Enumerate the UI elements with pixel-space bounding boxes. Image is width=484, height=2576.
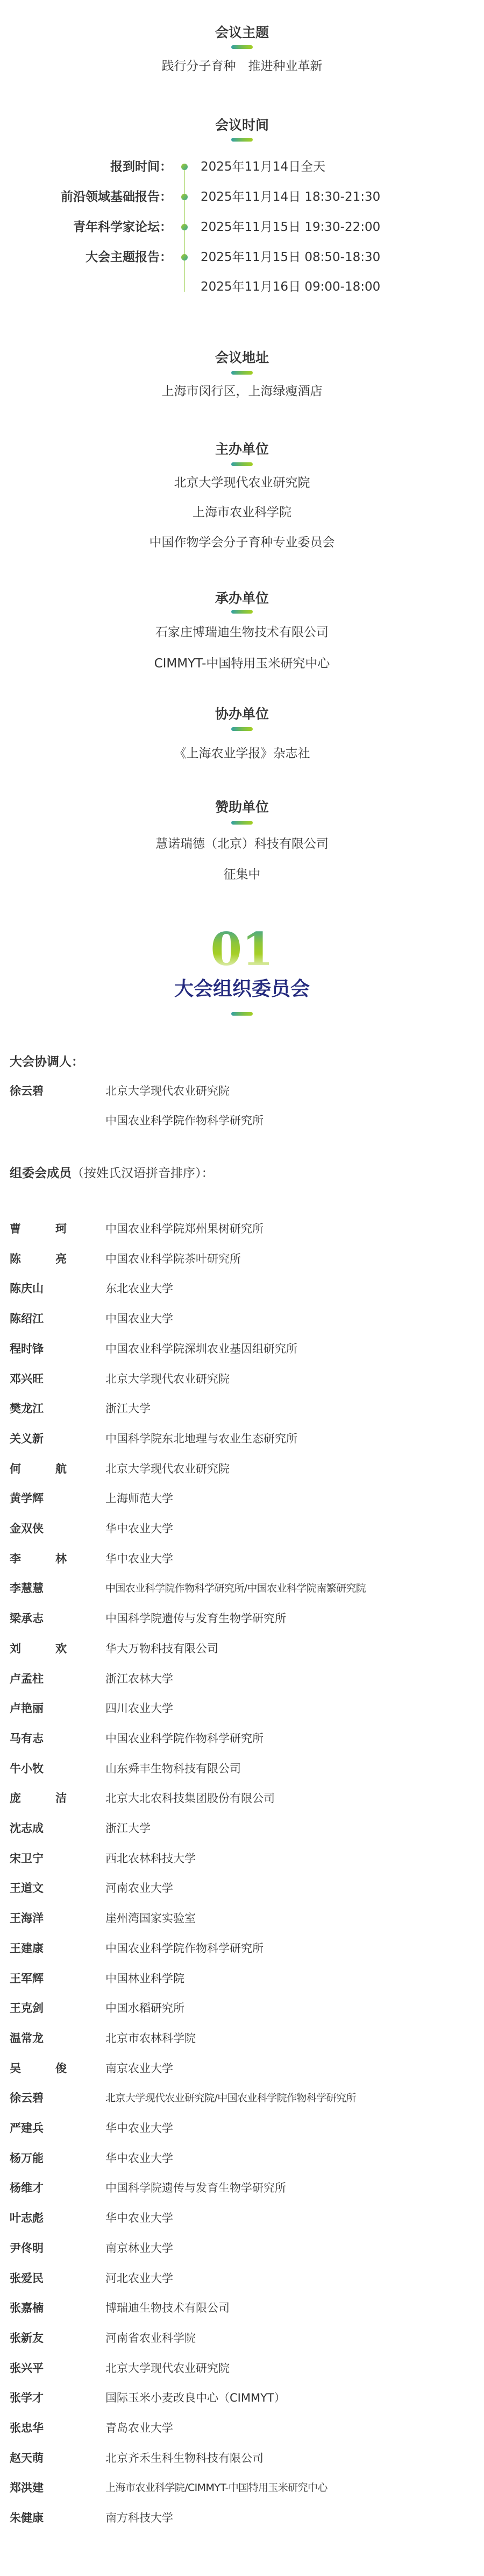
member-row: 刘欢华大万物科技有限公司 — [0, 1641, 484, 1671]
member-org: 北京大学现代农业研究院 — [105, 2360, 230, 2376]
time-label-frontier-report: 前沿领域基础报告： — [61, 189, 172, 205]
section-title-hosts: 主办单位 — [0, 441, 484, 458]
section-title-co-organizers: 协办单位 — [0, 706, 484, 722]
member-row: 张忠华青岛农业大学 — [0, 2420, 484, 2450]
title-underline-bar — [231, 1012, 253, 1016]
member-row: 沈志成浙江大学 — [0, 1820, 484, 1850]
member-row: 王道文河南农业大学 — [0, 1880, 484, 1910]
member-row: 杨万能华中农业大学 — [0, 2150, 484, 2180]
title-underline-bar — [231, 462, 253, 466]
member-name: 庞洁 — [10, 1790, 67, 1806]
coordinator-name: 徐云碧 — [10, 1083, 67, 1099]
member-row: 牛小牧山东舜丰生物科技有限公司 — [0, 1761, 484, 1791]
member-name: 吴俊 — [10, 2060, 67, 2077]
member-name: 李慧慧 — [10, 1580, 67, 1596]
sponsor-status: 征集中 — [0, 867, 484, 883]
member-org: 西北农林科技大学 — [105, 1850, 196, 1867]
member-name: 邓兴旺 — [10, 1371, 67, 1387]
member-name: 张爱民 — [10, 2270, 67, 2286]
timeline-dot-icon — [181, 224, 188, 230]
member-org: 河南农业大学 — [105, 1880, 173, 1896]
member-row: 卢艳丽四川农业大学 — [0, 1700, 484, 1730]
member-row: 樊龙江浙江大学 — [0, 1400, 484, 1431]
section-title-organizers: 承办单位 — [0, 590, 484, 607]
member-name: 卢艳丽 — [10, 1700, 67, 1716]
member-org: 南方科技大学 — [105, 2510, 173, 2526]
members-heading: 组委会成员（按姓氏汉语拼音排序）： — [10, 1165, 214, 1181]
member-org: 青岛农业大学 — [105, 2420, 173, 2436]
organizer-item: 石家庄博瑞迪生物技术有限公司 — [0, 624, 484, 641]
member-org: 华中农业大学 — [105, 1551, 173, 1567]
member-row: 马有志中国农业科学院作物科学研究所 — [0, 1730, 484, 1761]
host-item: 北京大学现代农业研究院 — [0, 475, 484, 491]
coordinator-org: 北京大学现代农业研究院 — [105, 1083, 230, 1099]
member-org: 中国农业科学院作物科学研究所/中国农业科学院南繁研究院 — [105, 1580, 366, 1596]
member-row: 张新友河南省农业科学院 — [0, 2330, 484, 2360]
member-row: 张兴平北京大学现代农业研究院 — [0, 2360, 484, 2390]
coordinator-row: 徐云碧 北京大学现代农业研究院 — [0, 1083, 484, 1113]
timeline-dot-icon — [181, 164, 188, 170]
member-org: 中国水稻研究所 — [105, 2000, 184, 2016]
member-row: 张嘉楠博瑞迪生物技术有限公司 — [0, 2300, 484, 2330]
member-org: 中国科学院遗传与发育生物学研究所 — [105, 1610, 286, 1627]
member-name: 陈亮 — [10, 1251, 67, 1267]
member-name: 杨维才 — [10, 2180, 67, 2196]
member-name: 严建兵 — [10, 2120, 67, 2136]
member-name: 刘欢 — [10, 1641, 67, 1657]
member-org: 北京齐禾生科生物科技有限公司 — [105, 2450, 264, 2466]
coordinator-label: 大会协调人： — [10, 1054, 84, 1070]
member-org: 中国科学院遗传与发育生物学研究所 — [105, 2180, 286, 2196]
member-name: 金双侠 — [10, 1521, 67, 1537]
member-row: 曹珂中国农业科学院郑州果树研究所 — [0, 1221, 484, 1251]
member-name: 郑洪建 — [10, 2480, 67, 2496]
members-label: 组委会成员 — [10, 1166, 72, 1180]
member-row: 梁承志中国科学院遗传与发育生物学研究所 — [0, 1610, 484, 1641]
time-value-keynote-day1: 2025年11月15日 08:50-18:30 — [201, 249, 380, 265]
member-org: 浙江农林大学 — [105, 1671, 173, 1687]
member-row: 何航北京大学现代农业研究院 — [0, 1461, 484, 1491]
member-org: 中国农业科学院深圳农业基因组研究所 — [105, 1341, 297, 1357]
title-underline-bar — [231, 610, 253, 614]
member-org: 中国农业科学院作物科学研究所 — [105, 1940, 264, 1956]
member-name: 王建康 — [10, 1940, 67, 1956]
committee-title: 大会组织委员会 — [0, 977, 484, 1001]
member-row: 金双侠华中农业大学 — [0, 1521, 484, 1551]
member-name: 徐云碧 — [10, 2090, 67, 2106]
time-value-young-scientist-forum: 2025年11月15日 19:30-22:00 — [201, 219, 380, 235]
section-title-sponsors: 赞助单位 — [0, 799, 484, 815]
member-org: 浙江大学 — [105, 1400, 151, 1417]
member-name: 梁承志 — [10, 1610, 67, 1627]
time-label-checkin: 报到时间： — [110, 159, 172, 175]
member-row: 王海洋崖州湾国家实验室 — [0, 1910, 484, 1940]
member-org: 北京大北农科技集团股份有限公司 — [105, 1790, 275, 1806]
member-row: 严建兵华中农业大学 — [0, 2120, 484, 2150]
member-name: 马有志 — [10, 1730, 67, 1747]
member-row: 李慧慧中国农业科学院作物科学研究所/中国农业科学院南繁研究院 — [0, 1580, 484, 1610]
member-row: 杨维才中国科学院遗传与发育生物学研究所 — [0, 2180, 484, 2210]
section-number: 01 — [0, 927, 484, 972]
member-row: 陈绍江中国农业大学 — [0, 1311, 484, 1341]
member-org: 东北农业大学 — [105, 1280, 173, 1297]
member-row: 宋卫宁西北农林科技大学 — [0, 1850, 484, 1881]
member-org: 南京农业大学 — [105, 2060, 173, 2077]
member-name: 王军辉 — [10, 1970, 67, 1987]
member-org: 华中农业大学 — [105, 2150, 173, 2166]
coordinator-row-2: 中国农业科学院作物科学研究所 — [0, 1113, 484, 1143]
member-name: 沈志成 — [10, 1820, 67, 1836]
members-sort-note: （按姓氏汉语拼音排序）： — [72, 1166, 214, 1180]
timeline-dot-icon — [181, 254, 188, 261]
time-value-frontier-report: 2025年11月14日 18:30-21:30 — [201, 189, 380, 205]
sponsor-item: 慧诺瑞德（北京）科技有限公司 — [0, 836, 484, 852]
member-name: 张忠华 — [10, 2420, 67, 2436]
member-org: 南京林业大学 — [105, 2240, 173, 2256]
member-row: 黄学辉上海师范大学 — [0, 1490, 484, 1521]
member-name: 张新友 — [10, 2330, 67, 2346]
member-org: 北京大学现代农业研究院 — [105, 1461, 230, 1477]
member-row: 李林华中农业大学 — [0, 1551, 484, 1581]
member-org: 河北农业大学 — [105, 2270, 173, 2286]
member-row: 温常龙北京市农林科学院 — [0, 2030, 484, 2060]
member-name: 温常龙 — [10, 2030, 67, 2046]
member-row: 王军辉中国林业科学院 — [0, 1970, 484, 2001]
member-row: 郑洪建上海市农业科学院/CIMMYT-中国特用玉米研究中心 — [0, 2480, 484, 2510]
member-name: 程时锋 — [10, 1341, 67, 1357]
member-row: 程时锋中国农业科学院深圳农业基因组研究所 — [0, 1341, 484, 1371]
member-row: 叶志彪华中农业大学 — [0, 2210, 484, 2240]
member-name: 张兴平 — [10, 2360, 67, 2376]
member-name: 王克剑 — [10, 2000, 67, 2016]
organizer-item: CIMMYT-中国特用玉米研究中心 — [0, 656, 484, 672]
member-row: 徐云碧北京大学现代农业研究院/中国农业科学院作物科学研究所 — [0, 2090, 484, 2120]
member-name: 杨万能 — [10, 2150, 67, 2166]
time-label-young-scientist-forum: 青年科学家论坛： — [73, 219, 172, 235]
member-row: 尹佟明南京林业大学 — [0, 2240, 484, 2270]
member-org: 上海市农业科学院/CIMMYT-中国特用玉米研究中心 — [105, 2480, 328, 2496]
member-name: 宋卫宁 — [10, 1850, 67, 1867]
section-title-venue: 会议地址 — [0, 350, 484, 366]
member-row: 陈庆山东北农业大学 — [0, 1280, 484, 1311]
member-org: 浙江大学 — [105, 1820, 151, 1836]
member-name: 何航 — [10, 1461, 67, 1477]
member-org: 华中农业大学 — [105, 2210, 173, 2226]
member-org: 中国农业大学 — [105, 1311, 173, 1327]
title-underline-bar — [231, 138, 253, 142]
host-item: 中国作物学会分子育种专业委员会 — [0, 534, 484, 551]
member-name: 尹佟明 — [10, 2240, 67, 2256]
member-org: 崖州湾国家实验室 — [105, 1910, 196, 1926]
member-name: 朱健康 — [10, 2510, 67, 2526]
member-row: 关义新中国科学院东北地理与农业生态研究所 — [0, 1431, 484, 1461]
member-name: 樊龙江 — [10, 1400, 67, 1417]
member-org: 北京大学现代农业研究院 — [105, 1371, 230, 1387]
member-name: 王海洋 — [10, 1910, 67, 1926]
member-org: 华中农业大学 — [105, 2120, 173, 2136]
timeline-dot-icon — [181, 194, 188, 200]
member-row: 卢孟柱浙江农林大学 — [0, 1671, 484, 1701]
member-org: 中国林业科学院 — [105, 1970, 184, 1987]
member-org: 国际玉米小麦改良中心（CIMMYT） — [105, 2390, 286, 2406]
member-name: 张嘉楠 — [10, 2300, 67, 2316]
member-name: 黄学辉 — [10, 1490, 67, 1507]
title-underline-bar — [231, 371, 253, 375]
member-org: 中国农业科学院茶叶研究所 — [105, 1251, 241, 1267]
coordinator-org: 中国农业科学院作物科学研究所 — [105, 1113, 264, 1129]
member-name: 卢孟柱 — [10, 1671, 67, 1687]
time-label-keynote: 大会主题报告： — [86, 249, 172, 265]
member-org: 北京大学现代农业研究院/中国农业科学院作物科学研究所 — [105, 2090, 356, 2106]
member-org: 四川农业大学 — [105, 1700, 173, 1716]
member-name: 赵天萌 — [10, 2450, 67, 2466]
section-title-time: 会议时间 — [0, 117, 484, 133]
member-org: 中国科学院东北地理与农业生态研究所 — [105, 1431, 297, 1447]
member-org: 北京市农林科学院 — [105, 2030, 196, 2046]
time-value-checkin: 2025年11月14日全天 — [201, 159, 325, 175]
member-name: 张学才 — [10, 2390, 67, 2406]
member-row: 张学才国际玉米小麦改良中心（CIMMYT） — [0, 2390, 484, 2420]
member-org: 博瑞迪生物技术有限公司 — [105, 2300, 230, 2316]
member-org: 中国农业科学院作物科学研究所 — [105, 1730, 264, 1747]
member-org: 华大万物科技有限公司 — [105, 1641, 218, 1657]
member-name: 王道文 — [10, 1880, 67, 1896]
member-row: 张爱民河北农业大学 — [0, 2270, 484, 2300]
member-name: 叶志彪 — [10, 2210, 67, 2226]
theme-text: 践行分子育种 推进种业革新 — [0, 58, 484, 74]
title-underline-bar — [231, 821, 253, 825]
co-organizer-item: 《上海农业学报》杂志社 — [0, 745, 484, 762]
member-row: 邓兴旺北京大学现代农业研究院 — [0, 1371, 484, 1401]
member-org: 华中农业大学 — [105, 1521, 173, 1537]
member-org: 上海师范大学 — [105, 1490, 173, 1507]
title-underline-bar — [231, 727, 253, 731]
member-row: 吴俊南京农业大学 — [0, 2060, 484, 2091]
member-org: 河南省农业科学院 — [105, 2330, 196, 2346]
member-org: 山东舜丰生物科技有限公司 — [105, 1761, 241, 1777]
member-row: 朱健康南方科技大学 — [0, 2510, 484, 2540]
member-row: 陈亮中国农业科学院茶叶研究所 — [0, 1251, 484, 1281]
member-name: 曹珂 — [10, 1221, 67, 1237]
member-row: 赵天萌北京齐禾生科生物科技有限公司 — [0, 2450, 484, 2480]
section-title-theme: 会议主题 — [0, 25, 484, 41]
member-name: 陈庆山 — [10, 1280, 67, 1297]
venue-text: 上海市闵行区，上海绿瘦酒店 — [0, 383, 484, 399]
member-name: 陈绍江 — [10, 1311, 67, 1327]
member-row: 王克剑中国水稻研究所 — [0, 2000, 484, 2030]
member-row: 王建康中国农业科学院作物科学研究所 — [0, 1940, 484, 1970]
title-underline-bar — [231, 45, 253, 49]
member-org: 中国农业科学院郑州果树研究所 — [105, 1221, 264, 1237]
time-value-keynote-day2: 2025年11月16日 09:00-18:00 — [201, 279, 380, 295]
member-name: 李林 — [10, 1551, 67, 1567]
member-name: 牛小牧 — [10, 1761, 67, 1777]
host-item: 上海市农业科学院 — [0, 504, 484, 520]
member-row: 庞洁北京大北农科技集团股份有限公司 — [0, 1790, 484, 1820]
member-name: 关义新 — [10, 1431, 67, 1447]
